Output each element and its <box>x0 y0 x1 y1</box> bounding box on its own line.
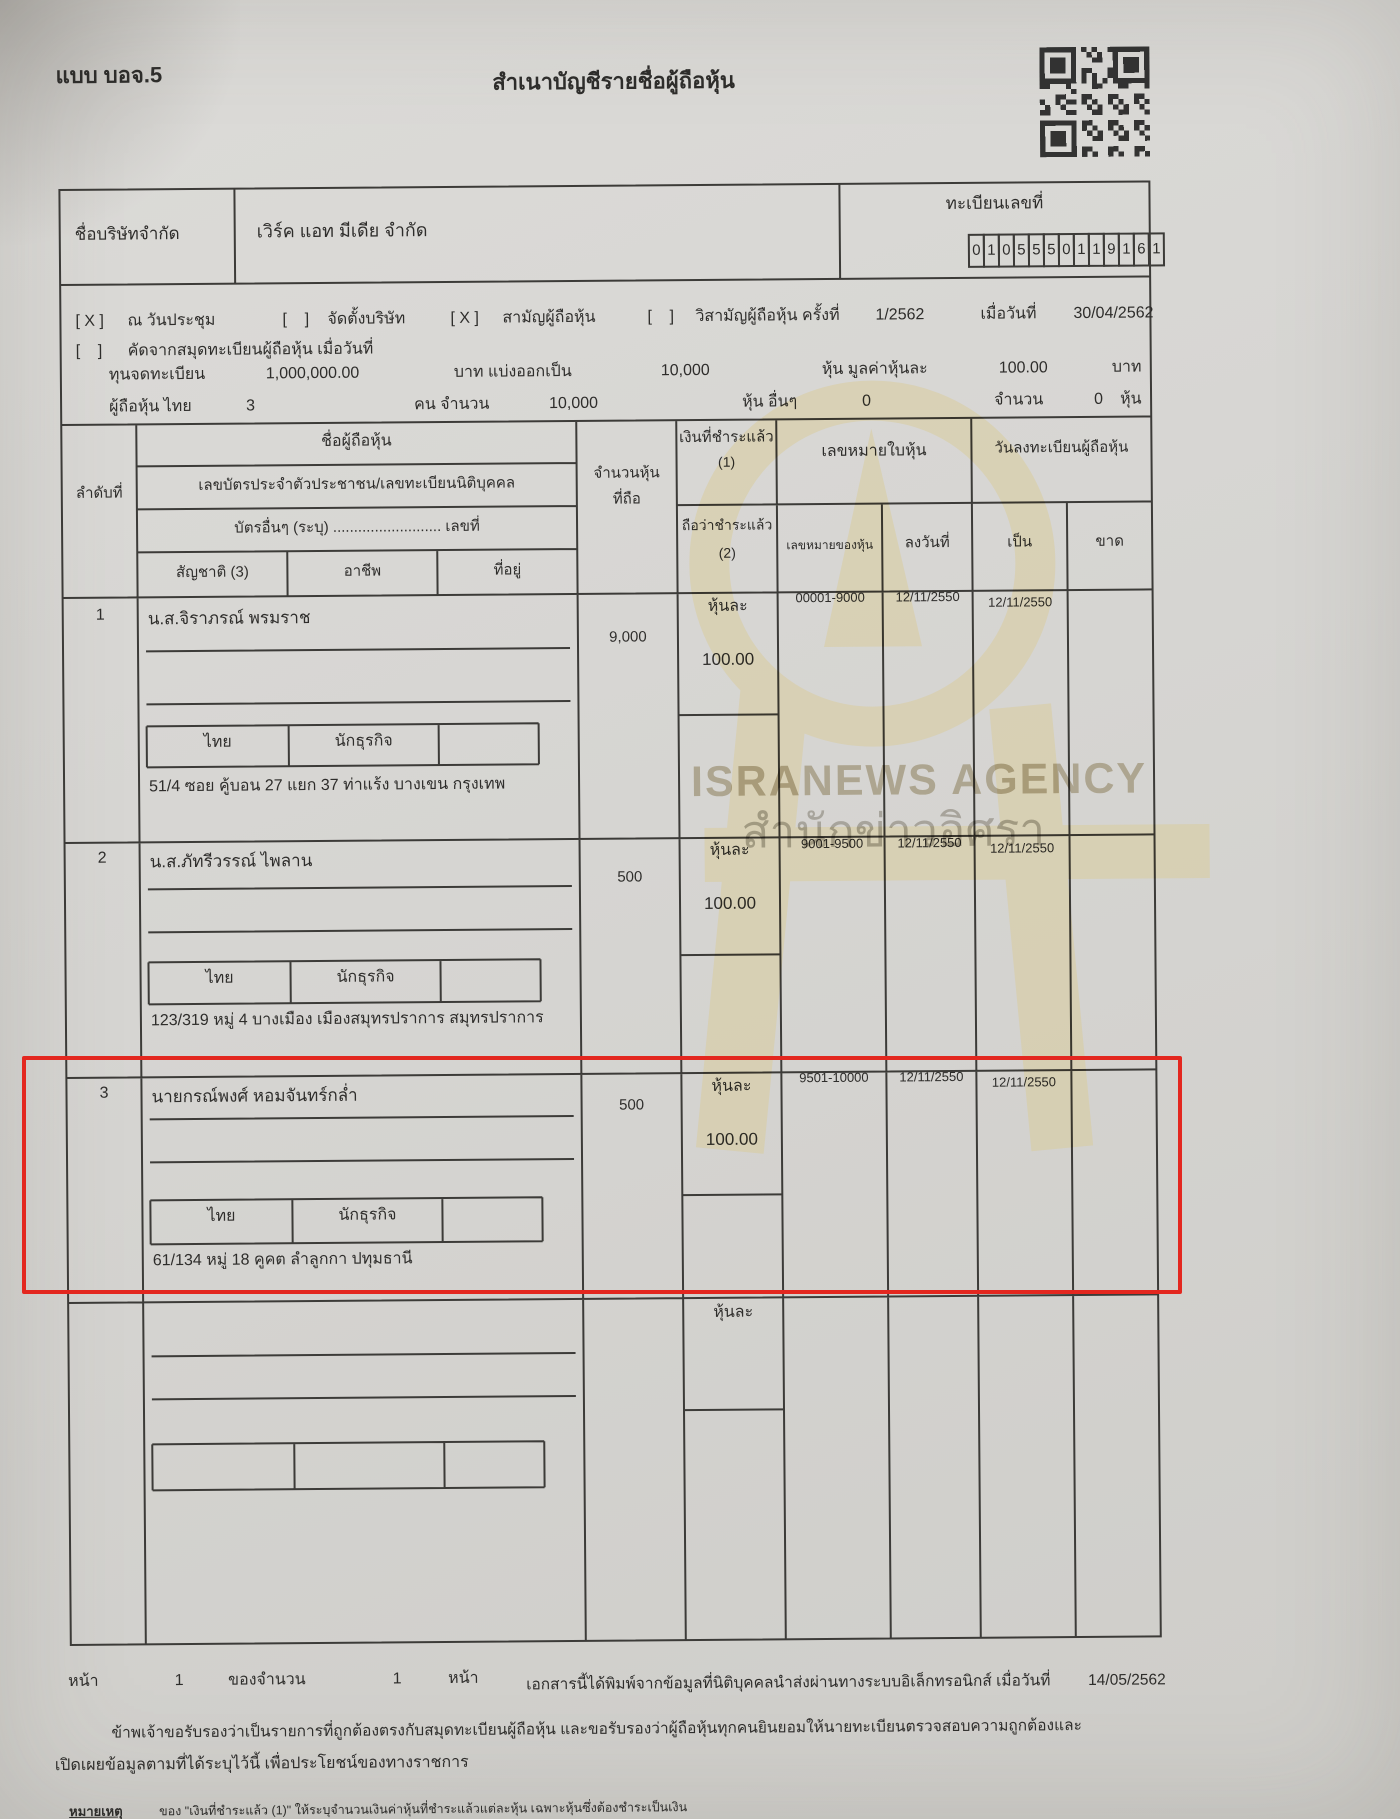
other-shares-value: 0 <box>1094 389 1103 411</box>
meeting-no-value: 1/2562 <box>875 304 924 327</box>
row-seq: 1 <box>63 604 138 627</box>
footer-page-value: 1 <box>164 1670 194 1693</box>
col-header-reg-out: ขาด <box>1067 530 1152 552</box>
paid-per-share-label: หุ้นละ <box>678 595 778 618</box>
col-header-occupation: อาชีพ <box>287 560 437 582</box>
col-header-share-numbers: เลขหมายของหุ้น <box>777 537 882 555</box>
share-numbers-value: 00001-9000 <box>778 589 883 608</box>
founding-label: จัดตั้งบริษัท <box>327 308 405 331</box>
cert-date-value: 12/11/2550 <box>884 834 974 853</box>
checkbox-founding: [ ] <box>282 309 309 332</box>
shareholder-occupation: นักธุรกิจ <box>291 966 441 990</box>
footer-note-label: หมายเหตุ <box>69 1803 123 1819</box>
shareholder-nationality: ไทย <box>149 967 291 991</box>
baht-label: บาท <box>1112 357 1142 380</box>
paid-per-share-label-empty-row: หุ้นละ <box>683 1301 783 1324</box>
reg-date-value: 12/11/2550 <box>975 839 1070 858</box>
par-value-label: หุ้น มูลค่าหุ้นละ <box>822 358 928 381</box>
col-header-seq: ลำดับที่ <box>62 482 137 504</box>
thai-shares-value: 10,000 <box>549 393 598 416</box>
footer-total-value: 1 <box>382 1668 412 1691</box>
highlight-box-row-3 <box>22 1056 1182 1294</box>
shareholder-name: น.ส.จิราภรณ์ พรมราช <box>148 606 311 631</box>
share-numbers-value: 9001-9500 <box>779 835 884 854</box>
col-header-other-card: บัตรอื่นๆ (ระบุ) .......................… <box>137 515 577 539</box>
cert-date-value: 12/11/2550 <box>883 588 973 607</box>
shareholder-name: น.ส.ภัทรีวรรณ์ ไพลาน <box>150 849 313 874</box>
col-header-address: ที่อยู่ <box>437 559 577 581</box>
other-holders-count: 0 <box>862 391 871 413</box>
paid-per-share-label: หุ้นละ <box>680 839 780 862</box>
registered-capital-label: ทุนจดทะเบียน <box>109 364 206 387</box>
other-amount-label: จำนวน <box>994 389 1043 412</box>
footer-printed-date: 14/05/2562 <box>1088 1669 1166 1691</box>
persons-amount-label: คน จำนวน <box>414 394 489 417</box>
paid-per-share-value: 100.00 <box>678 647 778 672</box>
checkbox-at-meeting: [ X ] <box>75 311 104 334</box>
footer-pages-label: หน้า <box>448 1668 479 1691</box>
meeting-date-value: 30/04/2562 <box>1073 302 1153 325</box>
at-meeting-label: ณ วันประชุม <box>127 310 215 333</box>
extraordinary-label: วิสามัญผู้ถือหุ้น ครั้งที่ <box>695 305 839 329</box>
scanned-document-page: แบบ บอจ.5 สำเนาบัญชีรายชื่อผู้ถือหุ้น ชื… <box>0 0 1400 1819</box>
col-header-cert-date: ลงวันที่ <box>882 532 972 554</box>
company-name-label: ชื่อบริษัทจำกัด <box>75 222 180 247</box>
reg-date-value: 12/11/2550 <box>973 593 1068 612</box>
company-name-value: เวิร์ค แอท มีเดีย จำกัด <box>257 218 428 245</box>
footer-page-label: หน้า <box>68 1671 99 1694</box>
col-header-id-card: เลขบัตรประจำตัวประชาชน/เลขทะเบียนนิติบุค… <box>137 472 577 496</box>
footer-of-label: ของจำนวน <box>228 1669 306 1692</box>
col-header-shares-2: ที่ถือ <box>577 488 677 510</box>
checkbox-ordinary: [ X ] <box>450 308 479 331</box>
registered-capital-value: 1,000,000.00 <box>266 363 360 386</box>
shareholder-address: 51/4 ซอย คู้บอน 27 แยก 37 ท่าแร้ง บางเขน… <box>149 774 505 799</box>
col-header-name: ชื่อผู้ถือหุ้น <box>136 429 576 455</box>
footer-note-text: ของ "เงินที่ชำระแล้ว (1)" ให้ระบุจำนวนเง… <box>159 1799 687 1819</box>
col-header-cert-group: เลขหมายใบหุ้น <box>776 440 971 464</box>
col-header-deemed-no: (2) <box>677 543 777 563</box>
footer-printed-text: เอกสารนี้ได้พิมพ์จากข้อมูลที่นิติบุคคลนำ… <box>526 1670 1050 1696</box>
thai-holders-label: ผู้ถือหุ้น ไทย <box>109 396 192 419</box>
paper-content: แบบ บอจ.5 สำเนาบัญชีรายชื่อผู้ถือหุ้น ชื… <box>0 0 1400 1819</box>
ordinary-label: สามัญผู้ถือหุ้น <box>502 307 595 330</box>
shareholder-nationality: ไทย <box>147 731 289 755</box>
col-header-shares-1: จำนวนหุ้น <box>577 462 677 484</box>
col-header-reg-in: เป็น <box>972 531 1067 553</box>
col-header-paid: เงินที่ชำระแล้ว <box>676 426 776 448</box>
shareholder-address: 123/319 หมู่ 4 บางเมือง เมืองสมุทรปราการ… <box>151 1007 544 1032</box>
shareholder-shares: 500 <box>580 866 680 888</box>
par-value: 100.00 <box>999 357 1048 380</box>
other-holders-label: หุ้น อื่นๆ <box>742 391 797 414</box>
footer-certify-line2: เปิดเผยข้อมูลตามที่ได้ระบุไว้นี้ เพื่อปร… <box>55 1752 469 1778</box>
row-seq: 2 <box>65 847 140 870</box>
share-unit-label: หุ้น <box>1120 389 1142 412</box>
shareholder-shares: 9,000 <box>578 626 678 648</box>
col-header-paid-no: (1) <box>676 452 776 472</box>
paid-per-share-value: 100.00 <box>680 891 780 916</box>
registration-number-boxes: 0 1 0 5 5 5 0 1 1 9 1 6 1 <box>968 232 1165 268</box>
total-shares-value: 10,000 <box>661 360 710 383</box>
divided-into-label: บาท แบ่งออกเป็น <box>454 361 572 384</box>
col-header-nationality: สัญชาติ (3) <box>137 561 287 583</box>
checkbox-copy-register: [ ] <box>76 341 103 364</box>
col-header-deemed: ถือว่าชำระแล้ว <box>677 515 777 535</box>
thai-holders-count: 3 <box>246 395 255 417</box>
copy-register-label: คัดจากสมุดทะเบียนผู้ถือหุ้น เมื่อวันที่ <box>128 339 374 363</box>
shareholder-occupation: นักธุรกิจ <box>289 730 439 754</box>
reg-digit: 1 <box>1148 232 1165 266</box>
checkbox-extraordinary: [ ] <box>647 306 674 329</box>
col-header-reg-group: วันลงทะเบียนผู้ถือหุ้น <box>971 436 1151 458</box>
registration-number-label: ทะเบียนเลขที่ <box>839 190 1149 216</box>
meeting-date-label: เมื่อวันที่ <box>980 303 1036 326</box>
